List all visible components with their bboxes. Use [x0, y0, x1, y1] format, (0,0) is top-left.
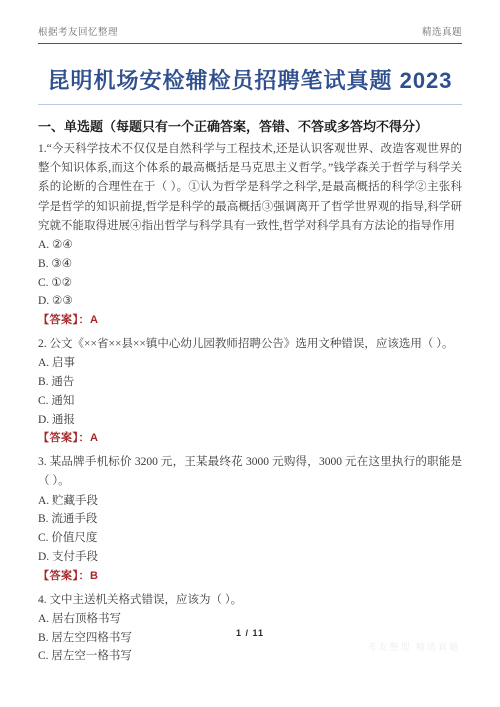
option-a: A. ②④: [38, 236, 462, 255]
section-heading: 一、单选题（每题只有一个正确答案，答错、不答或多答均不得分）: [38, 118, 462, 135]
question-text: 2. 公文《××省××县××镇中心幼儿园教师招聘公告》选用文种错误，应该选用（ …: [38, 335, 462, 354]
answer-line: 【答案】：A: [38, 429, 462, 448]
question-2: 2. 公文《××省××县××镇中心幼儿园教师招聘公告》选用文种错误，应该选用（ …: [38, 335, 462, 448]
option-b: B. ③④: [38, 255, 462, 274]
title-divider: [38, 104, 462, 105]
option-a: A. 启事: [38, 354, 462, 373]
question-text: 3. 某品牌手机标价 3200 元，王某最终花 3000 元购得，3000 元在…: [38, 453, 462, 491]
page-header: 根据考友回忆整理 精选真题: [38, 24, 462, 38]
option-b: B. 流通手段: [38, 510, 462, 529]
option-c: C. 通知: [38, 392, 462, 411]
answer-line: 【答案】：A: [38, 311, 462, 330]
header-left-note: 根据考友回忆整理: [38, 24, 118, 38]
option-c: C. ①②: [38, 274, 462, 293]
header-right-note: 精选真题: [422, 24, 462, 38]
option-a: A. 居右顶格书写: [38, 610, 462, 629]
option-d: D. 通报: [38, 411, 462, 430]
page-number: 1 / 11: [0, 628, 500, 638]
question-3: 3. 某品牌手机标价 3200 元，王某最终花 3000 元购得，3000 元在…: [38, 453, 462, 585]
header-divider: [38, 43, 462, 44]
bottom-watermark: 考友整理 精选真题: [367, 640, 460, 653]
option-a: A. 贮藏手段: [38, 492, 462, 511]
option-d: D. ②③: [38, 292, 462, 311]
question-1: 1.“今天科学技术不仅仅是自然科学与工程技术,还是认识客观世界、改造客观世界的整…: [38, 140, 462, 330]
document-title: 昆明机场安检辅检员招聘笔试真题 2023: [38, 66, 462, 96]
option-b: B. 通告: [38, 373, 462, 392]
option-c: C. 价值尺度: [38, 529, 462, 548]
option-d: D. 支付手段: [38, 548, 462, 567]
question-text: 4. 文中主送机关格式错误，应该为（ ）。: [38, 591, 462, 610]
answer-line: 【答案】：B: [38, 567, 462, 586]
question-text: 1.“今天科学技术不仅仅是自然科学与工程技术,还是认识客观世界、改造客观世界的整…: [38, 140, 462, 236]
document-page: 根据考友回忆整理 精选真题 昆明机场安检辅检员招聘笔试真题 2023 一、单选题…: [0, 0, 500, 707]
